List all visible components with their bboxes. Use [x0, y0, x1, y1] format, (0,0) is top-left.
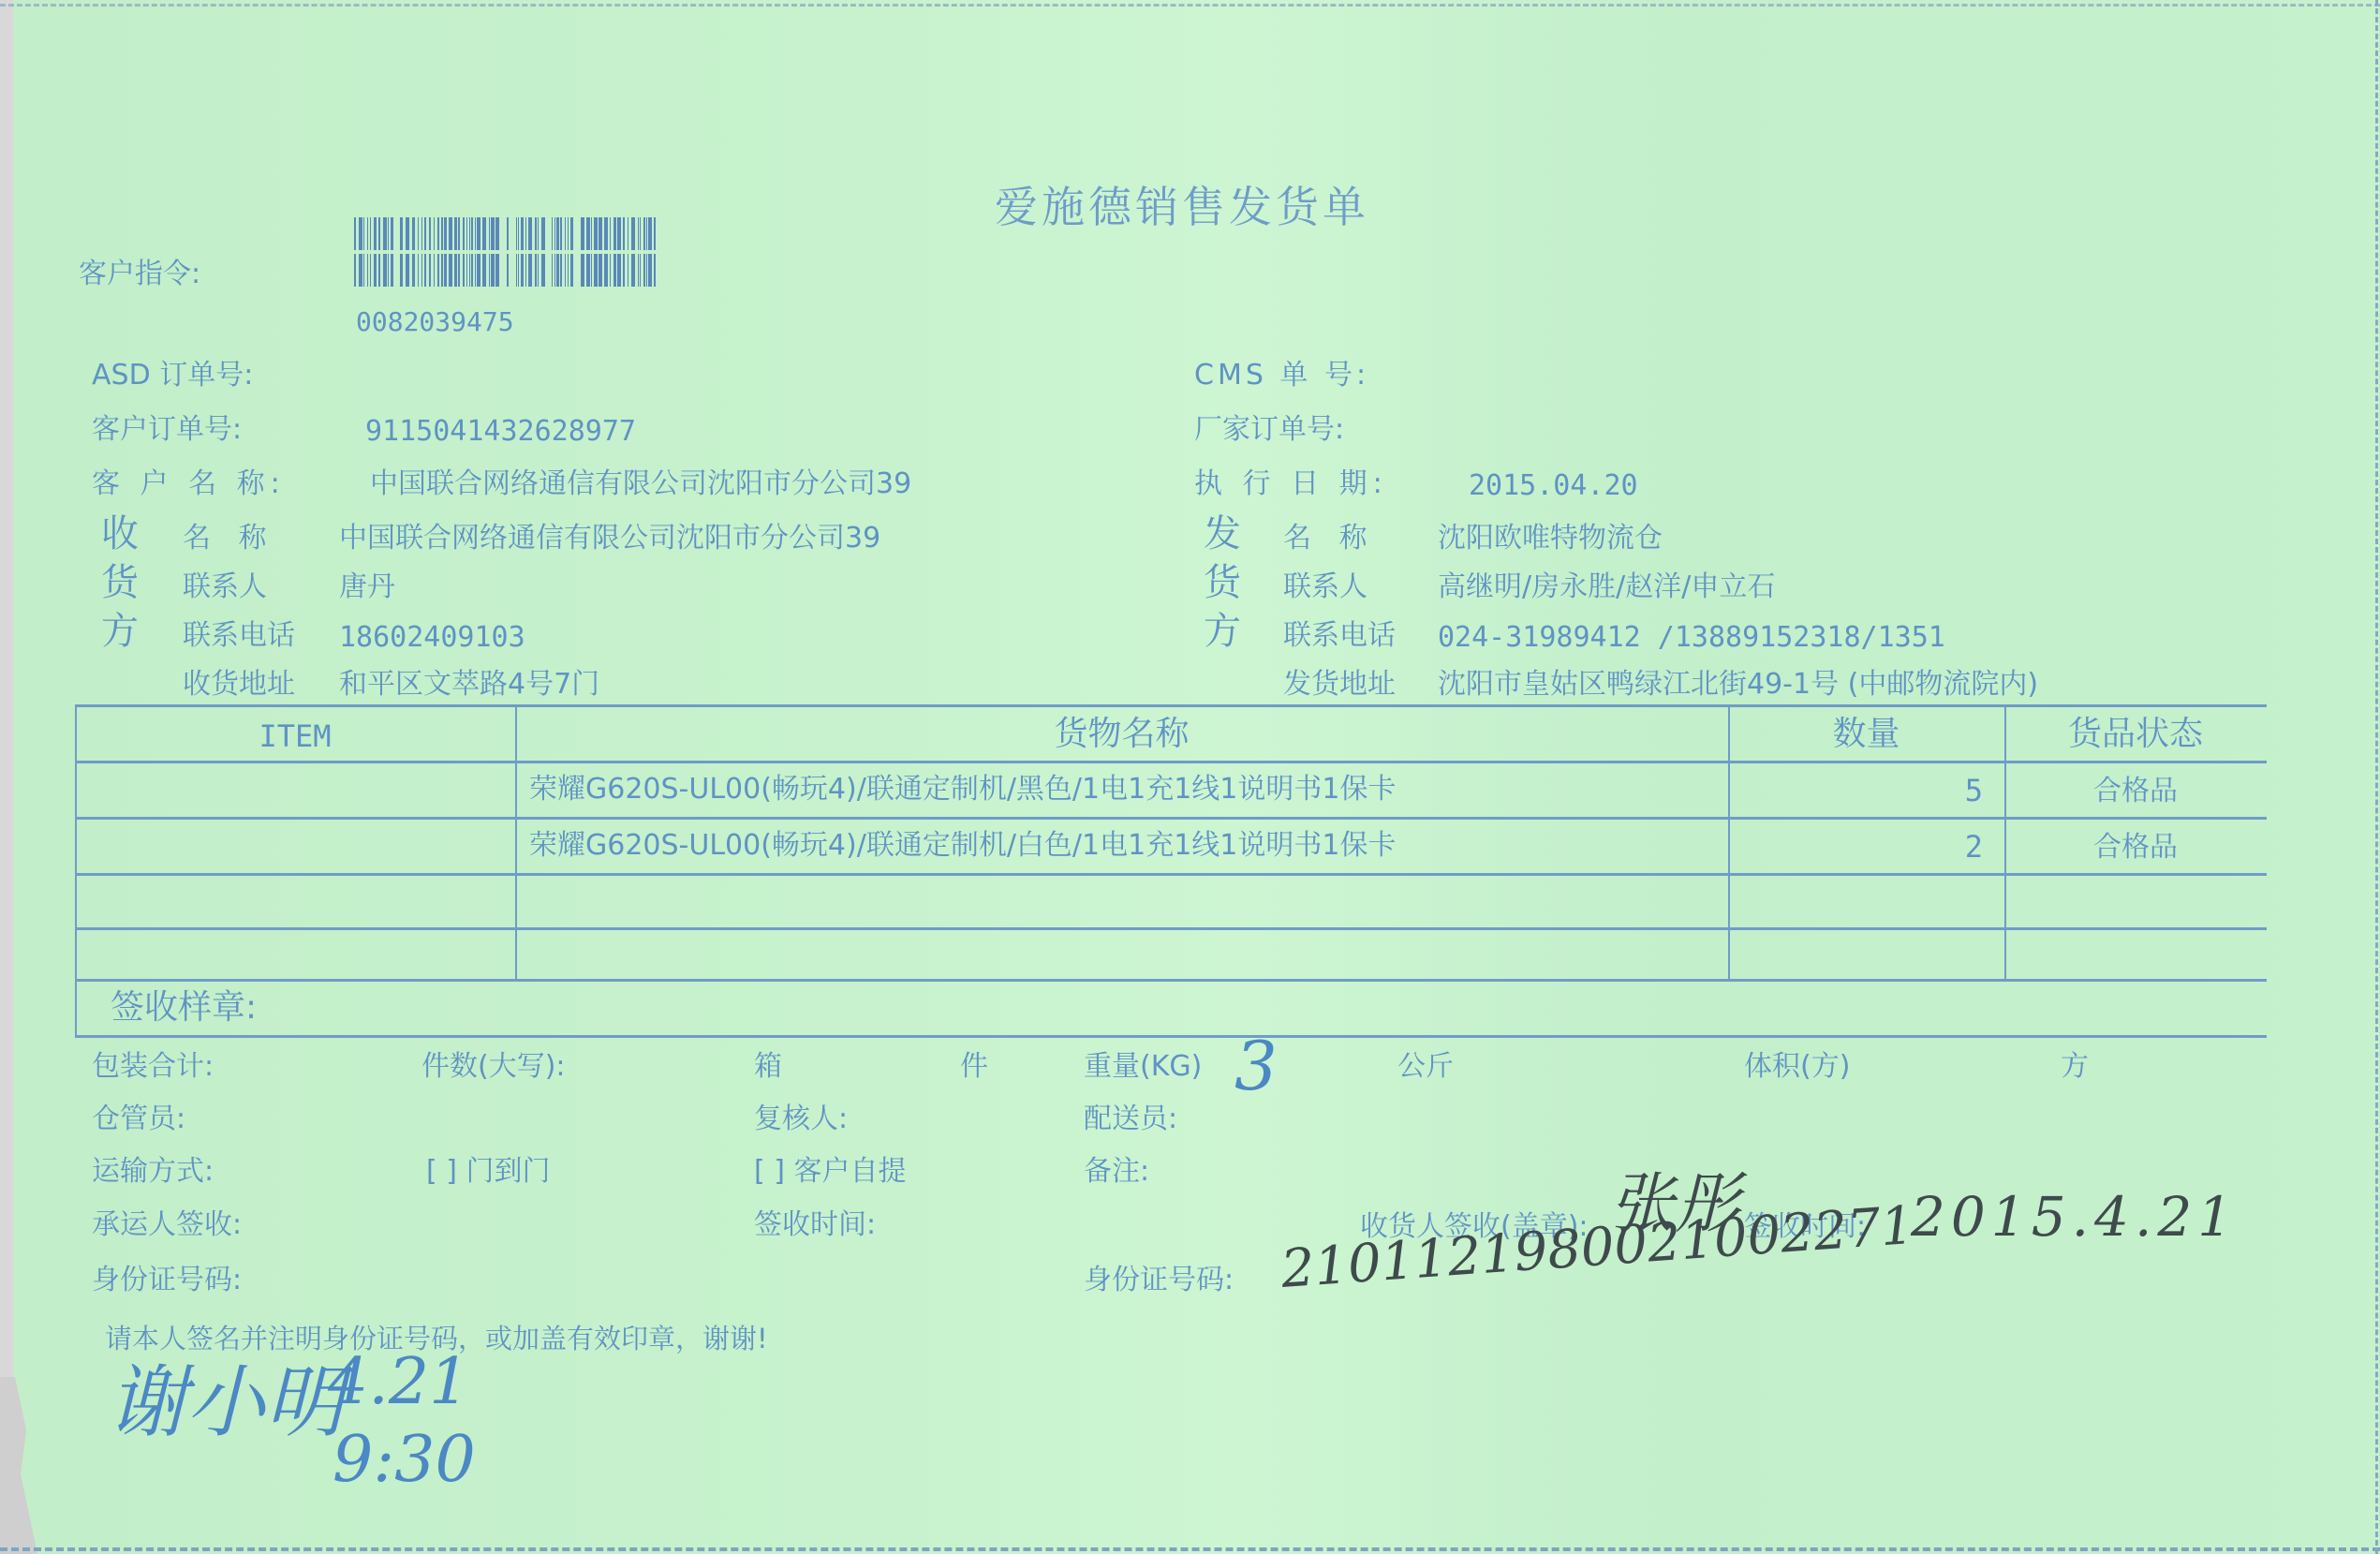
sender-phone-value: 024-31989412 /13889152318/1351 [1438, 624, 1945, 652]
table-rule [75, 704, 77, 1035]
receiver-phone-value: 18602409103 [339, 624, 525, 652]
perforation-top [0, 4, 2380, 7]
qty-cell: 2 [1728, 832, 1983, 862]
sender-side-char-2: 货 [1204, 564, 1241, 601]
receiver-contact-label: 联系人 [183, 573, 267, 601]
sender-address-label: 发货地址 [1283, 671, 1396, 699]
warehouse-keeper-label: 仓管员: [92, 1105, 185, 1133]
volume-unit: 方 [2061, 1053, 2089, 1081]
status-cell: 合格品 [2004, 834, 2267, 862]
table-rule [75, 873, 2267, 876]
transport-label: 运输方式: [92, 1158, 214, 1186]
reviewer-label: 复核人: [754, 1105, 848, 1133]
carrier-sign-time-label: 签收时间: [754, 1211, 876, 1239]
factory-order-label: 厂家订单号: [1194, 416, 1344, 444]
sender-contact-value: 高继明/房永胜/赵洋/申立石 [1438, 573, 1775, 601]
sender-contact-label: 联系人 [1283, 573, 1367, 601]
weight-handwritten: 3 [1234, 1032, 1278, 1100]
table-header-item: ITEM [75, 721, 515, 751]
piece-label: 件 [960, 1053, 988, 1081]
table-rule [75, 704, 2267, 707]
box-label: 箱 [754, 1053, 782, 1081]
handwritten-time: 9:30 [333, 1428, 476, 1492]
handwritten-date: 4.21 [328, 1351, 469, 1414]
dispatcher-label: 配送员: [1084, 1105, 1177, 1133]
sender-phone-label: 联系电话 [1283, 622, 1396, 650]
volume-label: 体积(方) [1744, 1053, 1850, 1081]
qty-cell: 5 [1728, 776, 1983, 806]
barcode-icon [354, 217, 656, 287]
table-header-status: 货品状态 [2004, 718, 2267, 751]
receiver-contact-value: 唐丹 [339, 573, 395, 601]
sender-address-value: 沈阳市皇姑区鸭绿江北街49-1号 (中邮物流院内) [1438, 671, 2038, 699]
table-rule [75, 817, 2267, 820]
goods-name-cell: 荣耀G620S-UL00(畅玩4)/联通定制机/黑色/1电1充1线1说明书1保卡 [529, 776, 1396, 804]
remarks-label: 备注: [1084, 1158, 1149, 1186]
table-header-goods-name: 货物名称 [515, 718, 1728, 751]
weight-label: 重量(KG) [1084, 1053, 1202, 1081]
table-header-qty: 数量 [1728, 718, 2004, 751]
receiver-name-label: 名 称 [183, 525, 276, 553]
goods-name-cell: 荣耀G620S-UL00(畅玩4)/联通定制机/白色/1电1充1线1说明书1保卡 [529, 832, 1396, 860]
id-number-label-right: 身份证号码: [1084, 1266, 1234, 1295]
receiver-side-char-2: 货 [101, 564, 139, 601]
package-total-label: 包装合计: [92, 1053, 214, 1081]
document-title: 爱施德销售发货单 [995, 185, 1369, 229]
customer-order-value: 9115041432628977 [365, 418, 636, 446]
self-pickup-checkbox[interactable]: [ ] 客户自提 [754, 1158, 906, 1186]
status-cell: 合格品 [2004, 777, 2267, 806]
table-rule [75, 1035, 2267, 1038]
cms-order-label: CMS 单 号: [1194, 362, 1369, 390]
perforation-bottom [0, 1547, 2380, 1551]
barcode-number: 0082039475 [356, 309, 514, 335]
customer-name-value: 中国联合网络通信有限公司沈阳市分公司39 [370, 470, 911, 498]
customer-instruction-label: 客户指令: [79, 260, 200, 289]
stamp-label: 签收样章: [111, 991, 257, 1025]
weight-unit: 公斤 [1397, 1053, 1454, 1081]
receiver-address-label: 收货地址 [183, 671, 295, 699]
table-rule [75, 927, 2267, 930]
receiver-side-char-3: 方 [101, 613, 139, 650]
handwritten-name: 谢小明 [108, 1363, 344, 1442]
sender-side-char-3: 方 [1204, 613, 1241, 650]
customer-order-label: 客户订单号: [92, 416, 242, 444]
sender-side-char-1: 发 [1204, 515, 1241, 553]
id-number-label-left: 身份证号码: [92, 1266, 242, 1295]
carrier-sign-label: 承运人签收: [92, 1211, 242, 1239]
receiver-side-char-1: 收 [101, 515, 139, 553]
sender-name-label: 名 称 [1283, 525, 1377, 553]
table-rule [75, 761, 2267, 763]
exec-date-label: 执 行 日 期: [1194, 470, 1388, 498]
receiver-name-value: 中国联合网络通信有限公司沈阳市分公司39 [339, 525, 880, 553]
sender-name-value: 沈阳欧唯特物流仓 [1438, 525, 1663, 553]
asd-order-label: ASD 订单号: [92, 362, 253, 390]
customer-name-label: 客 户 名 称: [92, 470, 286, 498]
consignee-sign-time-value: 2015.4.21 [1911, 1190, 2238, 1244]
table-rule [75, 979, 2267, 982]
pieces-caps-label: 件数(大写): [421, 1053, 566, 1081]
door-to-door-checkbox[interactable]: [ ] 门到门 [426, 1158, 550, 1186]
perforation-right [2375, 0, 2378, 1554]
receiver-phone-label: 联系电话 [183, 622, 295, 650]
receiver-address-value: 和平区文萃路4号7门 [339, 671, 599, 699]
exec-date-value: 2015.04.20 [1469, 472, 1638, 500]
